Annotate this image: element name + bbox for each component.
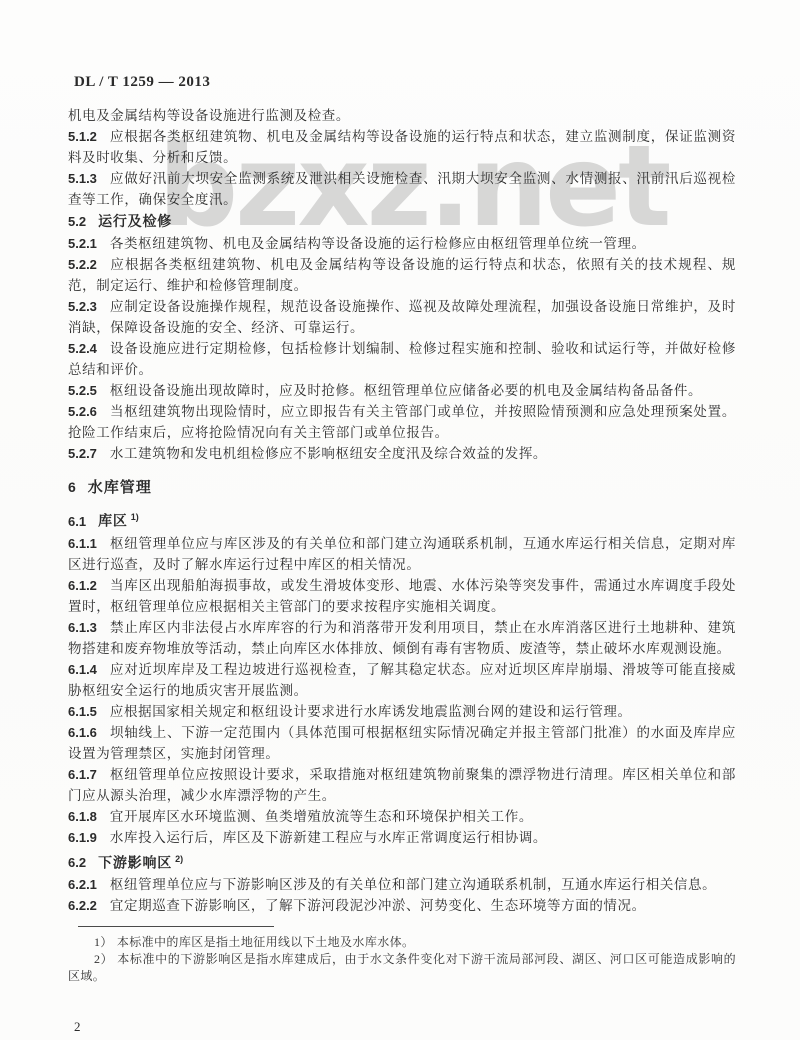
clause-text: 枢纽管理单位应按照设计要求，采取措施对枢纽建筑物前聚集的漂浮物进行清理。库区相关… xyxy=(68,767,736,803)
clause-number: 6.1 xyxy=(68,514,86,529)
clause-paragraph: 6.1.9水库投入运行后，库区及下游新建工程应与水库正常调度运行相协调。 xyxy=(68,827,736,848)
clause-text: 应制定设备设施操作规程，规范设备设施操作、巡视及故障处理流程，加强设备设施日常维… xyxy=(68,299,736,335)
clause-paragraph: 6.1.4应对近坝库岸及工程边坡进行巡视检查，了解其稳定状态。应对近坝区库岸崩塌… xyxy=(68,659,736,701)
footnote: 1）本标准中的库区是指土地征用线以下土地及水库水体。 xyxy=(68,934,736,951)
clause-text: 水库管理 xyxy=(88,479,152,496)
clause-text: 各类枢纽建筑物、机电及金属结构等设备设施的运行检修应由枢纽管理单位统一管理。 xyxy=(110,236,646,251)
clause-text: 应根据各类枢纽建筑物、机电及金属结构等设备设施的运行特点和状态，依照有关的技术规… xyxy=(68,257,736,293)
clause-text: 坝轴线上、下游一定范围内（具体范围可根据枢纽实际情况确定并报主管部门批准）的水面… xyxy=(68,725,736,761)
clause-number: 5.2.3 xyxy=(68,299,97,314)
clause-number: 6.2.1 xyxy=(68,877,97,892)
clause-text: 应做好汛前大坝安全监测系统及泄洪相关设施检查、汛期大坝安全监测、水情测报、汛前汛… xyxy=(68,171,736,207)
clause-paragraph: 6.1.8宜开展库区水环境监测、鱼类增殖放流等生态和环境保护相关工作。 xyxy=(68,806,736,827)
clause-text: 水工建筑物和发电机组检修应不影响枢纽安全度汛及综合效益的发挥。 xyxy=(110,446,547,461)
clause-number: 5.2 xyxy=(68,214,86,229)
clause-text: 禁止库区内非法侵占水库库容的行为和消落带开发利用项目，禁止在水库消落区进行土地耕… xyxy=(68,620,736,656)
clause-text: 枢纽管理单位应与下游影响区涉及的有关单位和部门建立沟通联系机制，互通水库运行相关… xyxy=(110,877,716,892)
clause-text: 枢纽设备设施出现故障时，应及时抢修。枢纽管理单位应储备必要的机电及金属结构备品备… xyxy=(110,383,702,398)
clause-number: 6.1.5 xyxy=(68,704,97,719)
footnote-list: 1）本标准中的库区是指土地征用线以下土地及水库水体。2）本标准中的下游影响区是指… xyxy=(68,934,736,985)
page-number: 2 xyxy=(74,1019,81,1035)
clause-text: 运行及检修 xyxy=(98,213,172,229)
clause-paragraph: 6.1.6坝轴线上、下游一定范围内（具体范围可根据枢纽实际情况确定并报主管部门批… xyxy=(68,722,736,764)
section-heading: 6.1库区1) xyxy=(68,507,736,532)
clause-number: 5.1.3 xyxy=(68,171,97,186)
clause-paragraph: 6.1.7枢纽管理单位应按照设计要求，采取措施对枢纽建筑物前聚集的漂浮物进行清理… xyxy=(68,764,736,806)
footnote-section: 1）本标准中的库区是指土地征用线以下土地及水库水体。2）本标准中的下游影响区是指… xyxy=(68,926,736,985)
clause-number: 6.2 xyxy=(68,855,86,870)
clause-paragraph: 5.2.2应根据各类枢纽建筑物、机电及金属结构等设备设施的运行特点和状态，依照有… xyxy=(68,254,736,296)
clause-number: 6.1.6 xyxy=(68,725,97,740)
footnote-marker: 2） xyxy=(94,952,113,966)
clause-paragraph: 5.1.2应根据各类枢纽建筑物、机电及金属结构等设备设施的运行特点和状态，建立监… xyxy=(68,126,736,168)
footnote: 2）本标准中的下游影响区是指水库建成后，由于水文条件变化对下游干流局部河段、湖区… xyxy=(68,951,736,985)
clause-number: 5.2.5 xyxy=(68,383,97,398)
clause-text: 水库投入运行后，库区及下游新建工程应与水库正常调度运行相协调。 xyxy=(110,830,547,845)
clause-paragraph: 5.2.1各类枢纽建筑物、机电及金属结构等设备设施的运行检修应由枢纽管理单位统一… xyxy=(68,233,736,254)
clause-number: 6.1.9 xyxy=(68,830,97,845)
document-page: bzxz.net DL / T 1259 — 2013 机电及金属结构等设备设施… xyxy=(0,0,800,1040)
clause-text: 应对近坝库岸及工程边坡进行巡视检查，了解其稳定状态。应对近坝区库岸崩塌、滑坡等可… xyxy=(68,662,736,698)
footnote-ref: 1) xyxy=(131,512,139,522)
standard-number-header: DL / T 1259 — 2013 xyxy=(74,74,736,91)
clause-text: 设备设施应进行定期检修，包括检修计划编制、检修过程实施和控制、验收和试运行等，并… xyxy=(68,341,736,377)
clause-paragraph: 6.1.2当库区出现船舶海损事故，或发生滑坡体变形、地震、水体污染等突发事件，需… xyxy=(68,575,736,617)
footnote-text: 本标准中的库区是指土地征用线以下土地及水库水体。 xyxy=(117,935,415,949)
clause-number: 6.1.7 xyxy=(68,767,97,782)
clause-paragraph: 6.1.1枢纽管理单位应与库区涉及的有关单位和部门建立沟通联系机制，互通水库运行… xyxy=(68,533,736,575)
document-body: 机电及金属结构等设备设施进行监测及检查。5.1.2应根据各类枢纽建筑物、机电及金… xyxy=(68,105,736,916)
clause-number: 5.1.2 xyxy=(68,129,97,144)
clause-paragraph: 5.2.6当枢纽建筑物出现险情时，应立即报告有关主管部门或单位，并按照险情预测和… xyxy=(68,401,736,443)
section-heading: 6水库管理 xyxy=(68,477,736,498)
clause-number: 5.2.2 xyxy=(68,257,97,272)
clause-number: 6.1.3 xyxy=(68,620,97,635)
clause-number: 6.1.4 xyxy=(68,662,97,677)
clause-paragraph: 机电及金属结构等设备设施进行监测及检查。 xyxy=(68,105,736,126)
footnote-marker: 1） xyxy=(94,935,113,949)
footnote-ref: 2) xyxy=(175,854,183,864)
clause-paragraph: 5.1.3应做好汛前大坝安全监测系统及泄洪相关设施检查、汛期大坝安全监测、水情测… xyxy=(68,168,736,210)
clause-number: 5.2.7 xyxy=(68,446,97,461)
clause-text: 下游影响区 xyxy=(98,854,172,870)
section-heading: 5.2运行及检修 xyxy=(68,211,736,232)
clause-text: 宜开展库区水环境监测、鱼类增殖放流等生态和环境保护相关工作。 xyxy=(110,809,533,824)
footnote-divider xyxy=(78,926,274,927)
clause-text: 枢纽管理单位应与库区涉及的有关单位和部门建立沟通联系机制，互通水库运行相关信息，… xyxy=(68,536,736,572)
clause-paragraph: 6.2.1枢纽管理单位应与下游影响区涉及的有关单位和部门建立沟通联系机制，互通水… xyxy=(68,874,736,895)
clause-text: 宜定期巡查下游影响区，了解下游河段泥沙冲淤、河势变化、生态环境等方面的情况。 xyxy=(110,898,646,913)
clause-paragraph: 5.2.4设备设施应进行定期检修，包括检修计划编制、检修过程实施和控制、验收和试… xyxy=(68,338,736,380)
clause-paragraph: 6.1.5应根据国家相关规定和枢纽设计要求进行水库诱发地震监测台网的建设和运行管… xyxy=(68,701,736,722)
clause-number: 5.2.1 xyxy=(68,236,97,251)
clause-text: 当库区出现船舶海损事故，或发生滑坡体变形、地震、水体污染等突发事件，需通过水库调… xyxy=(68,578,736,614)
clause-number: 5.2.4 xyxy=(68,341,97,356)
clause-text: 机电及金属结构等设备设施进行监测及检查。 xyxy=(68,108,350,123)
footnote-text: 本标准中的下游影响区是指水库建成后，由于水文条件变化对下游干流局部河段、湖区、河… xyxy=(68,952,736,983)
clause-number: 6.1.8 xyxy=(68,809,97,824)
clause-paragraph: 6.2.2宜定期巡查下游影响区，了解下游河段泥沙冲淤、河势变化、生态环境等方面的… xyxy=(68,895,736,916)
clause-text: 当枢纽建筑物出现险情时，应立即报告有关主管部门或单位，并按照险情预测和应急处理预… xyxy=(68,404,736,440)
clause-text: 库区 xyxy=(98,513,128,529)
clause-number: 6.1.2 xyxy=(68,578,97,593)
clause-paragraph: 5.2.5枢纽设备设施出现故障时，应及时抢修。枢纽管理单位应储备必要的机电及金属… xyxy=(68,380,736,401)
clause-number: 6 xyxy=(68,479,76,495)
clause-text: 应根据各类枢纽建筑物、机电及金属结构等设备设施的运行特点和状态，建立监测制度，保… xyxy=(68,129,736,165)
clause-paragraph: 5.2.3应制定设备设施操作规程，规范设备设施操作、巡视及故障处理流程，加强设备… xyxy=(68,296,736,338)
section-heading: 6.2下游影响区2) xyxy=(68,849,736,874)
clause-text: 应根据国家相关规定和枢纽设计要求进行水库诱发地震监测台网的建设和运行管理。 xyxy=(110,704,632,719)
page-content: DL / T 1259 — 2013 机电及金属结构等设备设施进行监测及检查。5… xyxy=(0,0,800,985)
clause-number: 5.2.6 xyxy=(68,404,97,419)
clause-paragraph: 5.2.7水工建筑物和发电机组检修应不影响枢纽安全度汛及综合效益的发挥。 xyxy=(68,443,736,464)
clause-number: 6.2.2 xyxy=(68,898,97,913)
clause-paragraph: 6.1.3禁止库区内非法侵占水库库容的行为和消落带开发利用项目，禁止在水库消落区… xyxy=(68,617,736,659)
clause-number: 6.1.1 xyxy=(68,536,97,551)
